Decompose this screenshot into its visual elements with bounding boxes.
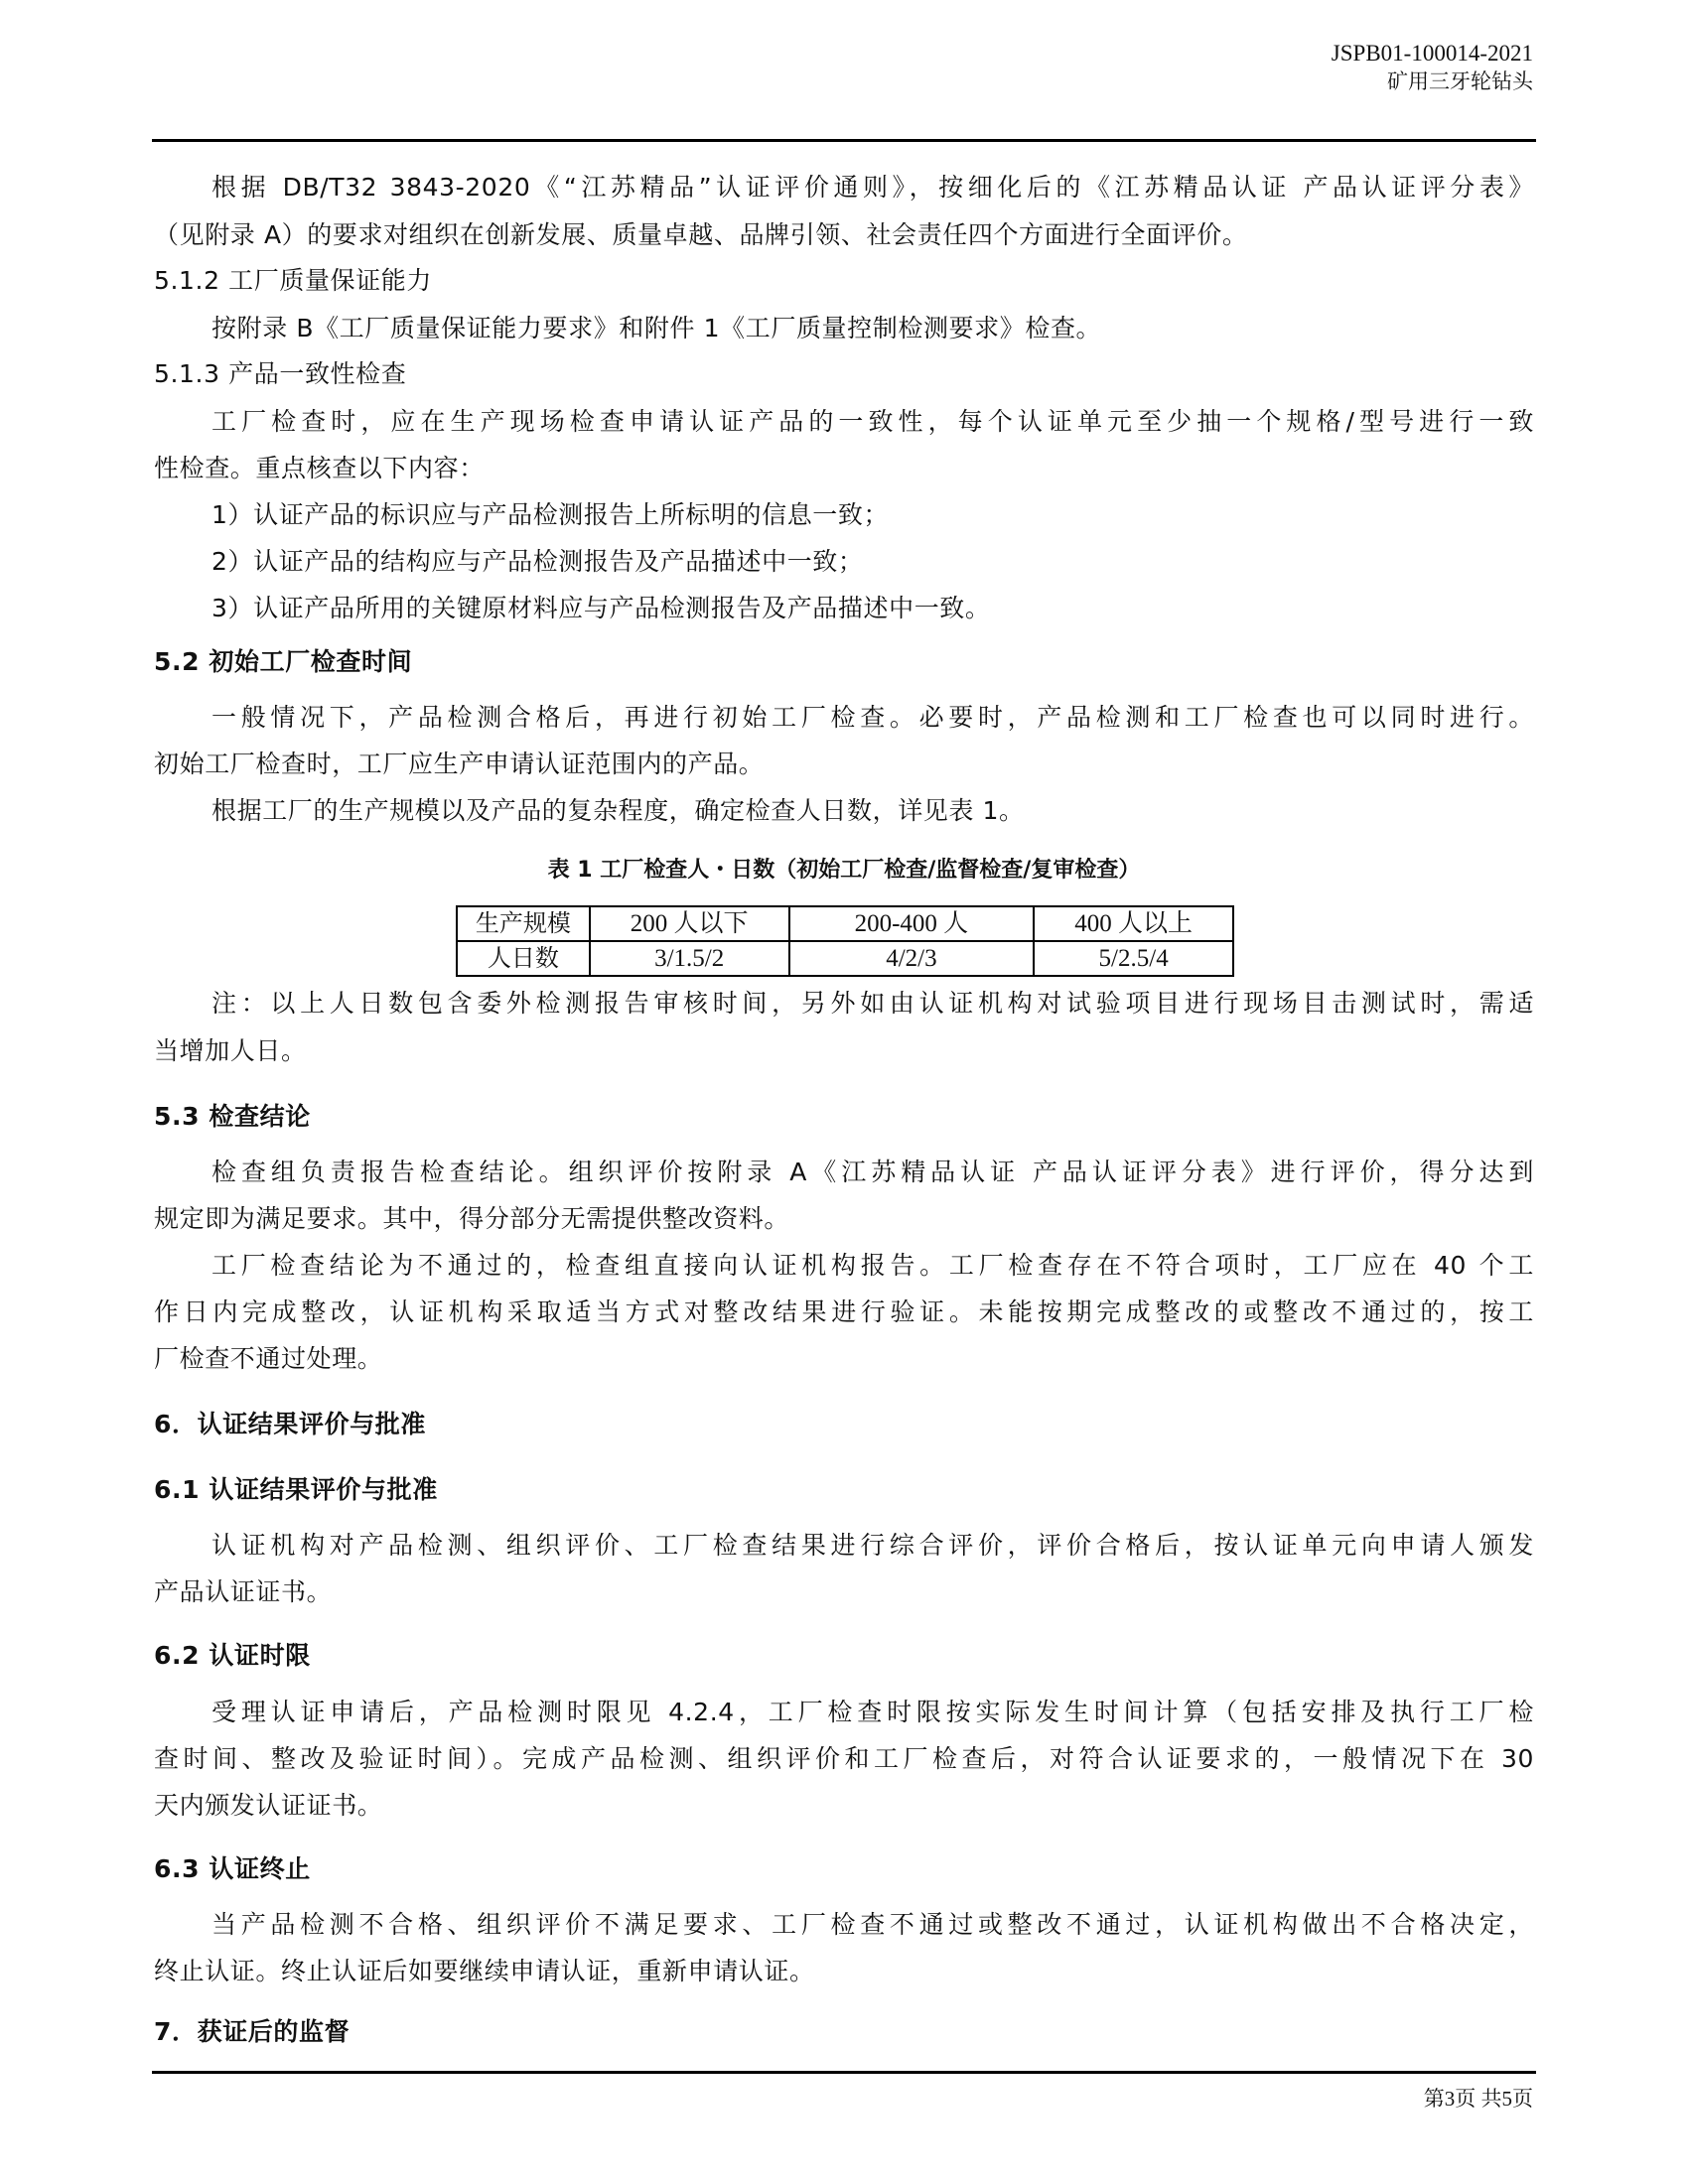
header-rule: [152, 139, 1536, 142]
paragraph-5-2-line3: 根据工厂的生产规模以及产品的复杂程度，确定检查人日数，详见表 1。: [211, 794, 1534, 828]
table-row: 人日数 3/1.5/2 4/2/3 5/2.5/4: [457, 941, 1233, 976]
inspection-days-table: 生产规模 200 人以下 200-400 人 400 人以上 人日数 3/1.5…: [456, 905, 1234, 977]
table-cell: 人日数: [457, 941, 590, 976]
table-cell: 200-400 人: [789, 906, 1035, 941]
table-cell: 4/2/3: [789, 941, 1035, 976]
heading-6-1: 6.1 认证结果评价与批准: [154, 1473, 1534, 1507]
heading-5-1-2: 5.1.2 工厂质量保证能力: [154, 264, 1534, 298]
heading-5-3: 5.3 检查结论: [154, 1100, 1534, 1134]
heading-6-2: 6.2 认证时限: [154, 1639, 1534, 1673]
heading-7: 7．获证后的监督: [154, 2015, 1534, 2049]
table-cell: 200 人以下: [590, 906, 789, 941]
paragraph-5-1-3-line1: 工厂检查时，应在生产现场检查申请认证产品的一致性，每个认证单元至少抽一个规格/型…: [211, 405, 1534, 439]
table-cell: 生产规模: [457, 906, 590, 941]
paragraph-6-3-line1: 当产品检测不合格、组织评价不满足要求、工厂检查不通过或整改不通过，认证机构做出不…: [211, 1908, 1534, 1942]
paragraph-5-2-line1: 一般情况下，产品检测合格后，再进行初始工厂检查。必要时，产品检测和工厂检查也可以…: [211, 701, 1534, 735]
heading-5-2: 5.2 初始工厂检查时间: [154, 645, 1534, 679]
list-item: 3）认证产品所用的关键原材料应与产品检测报告及产品描述中一致。: [211, 592, 1534, 625]
paragraph-5-3-2-line2: 作日内完成整改，认证机构采取适当方式对整改结果进行验证。未能按期完成整改的或整改…: [154, 1296, 1534, 1329]
paragraph-5-1-3-line2: 性检查。重点核查以下内容：: [154, 452, 1534, 485]
table-note-line2: 当增加人日。: [154, 1034, 1534, 1068]
list-item: 1）认证产品的标识应与产品检测报告上所标明的信息一致；: [211, 498, 1534, 532]
paragraph-6-1-line2: 产品认证证书。: [154, 1575, 1534, 1609]
paragraph-5-3-2-line1: 工厂检查结论为不通过的，检查组直接向认证机构报告。工厂检查存在不符合项时，工厂应…: [211, 1249, 1534, 1283]
paragraph-5-2-line2: 初始工厂检查时，工厂应生产申请认证范围内的产品。: [154, 748, 1534, 781]
paragraph-6-2-line1: 受理认证申请后，产品检测时限见 4.2.4，工厂检查时限按实际发生时间计算（包括…: [211, 1696, 1534, 1729]
paragraph-5-1-2: 按附录 B《工厂质量保证能力要求》和附件 1《工厂质量控制检测要求》检查。: [211, 312, 1534, 345]
page-number: 第3页 共5页: [1424, 2085, 1533, 2113]
paragraph-intro-line2: （见附录 A）的要求对组织在创新发展、质量卓越、品牌引领、社会责任四个方面进行全…: [154, 218, 1534, 252]
paragraph-6-2-line3: 天内颁发认证证书。: [154, 1789, 1534, 1823]
table-note-line1: 注：以上人日数包含委外检测报告审核时间，另外如由认证机构对试验项目进行现场目击测…: [211, 987, 1534, 1021]
heading-6-3: 6.3 认证终止: [154, 1852, 1534, 1886]
list-item: 2）认证产品的结构应与产品检测报告及产品描述中一致；: [211, 545, 1534, 579]
paragraph-6-1-line1: 认证机构对产品检测、组织评价、工厂检查结果进行综合评价，评价合格后，按认证单元向…: [211, 1529, 1534, 1563]
table-header-row: 生产规模 200 人以下 200-400 人 400 人以上: [457, 906, 1233, 941]
paragraph-5-3-2-line3: 厂检查不通过处理。: [154, 1342, 1534, 1376]
table-cell: 3/1.5/2: [590, 941, 789, 976]
paragraph-intro-line1: 根据 DB/T32 3843-2020《“江苏精品”认证评价通则》，按细化后的《…: [211, 171, 1534, 205]
product-name: 矿用三牙轮钻头: [1387, 68, 1533, 95]
paragraph-5-3-1-line1: 检查组负责报告检查结论。组织评价按附录 A《江苏精品认证 产品认证评分表》进行评…: [211, 1156, 1534, 1189]
table-caption: 表 1 工厂检查人・日数（初始工厂检查/监督检查/复审检查）: [0, 856, 1688, 886]
footer-rule: [152, 2071, 1536, 2074]
paragraph-5-3-1-line2: 规定即为满足要求。其中，得分部分无需提供整改资料。: [154, 1202, 1534, 1236]
document-code: JSPB01-100014-2021: [1332, 40, 1533, 68]
table-cell: 5/2.5/4: [1034, 941, 1233, 976]
table-cell: 400 人以上: [1034, 906, 1233, 941]
heading-6: 6．认证结果评价与批准: [154, 1408, 1534, 1441]
heading-5-1-3: 5.1.3 产品一致性检查: [154, 357, 1534, 391]
paragraph-6-3-line2: 终止认证。终止认证后如要继续申请认证，重新申请认证。: [154, 1955, 1534, 1988]
paragraph-6-2-line2: 查时间、整改及验证时间）。完成产品检测、组织评价和工厂检查后，对符合认证要求的，…: [154, 1742, 1534, 1776]
